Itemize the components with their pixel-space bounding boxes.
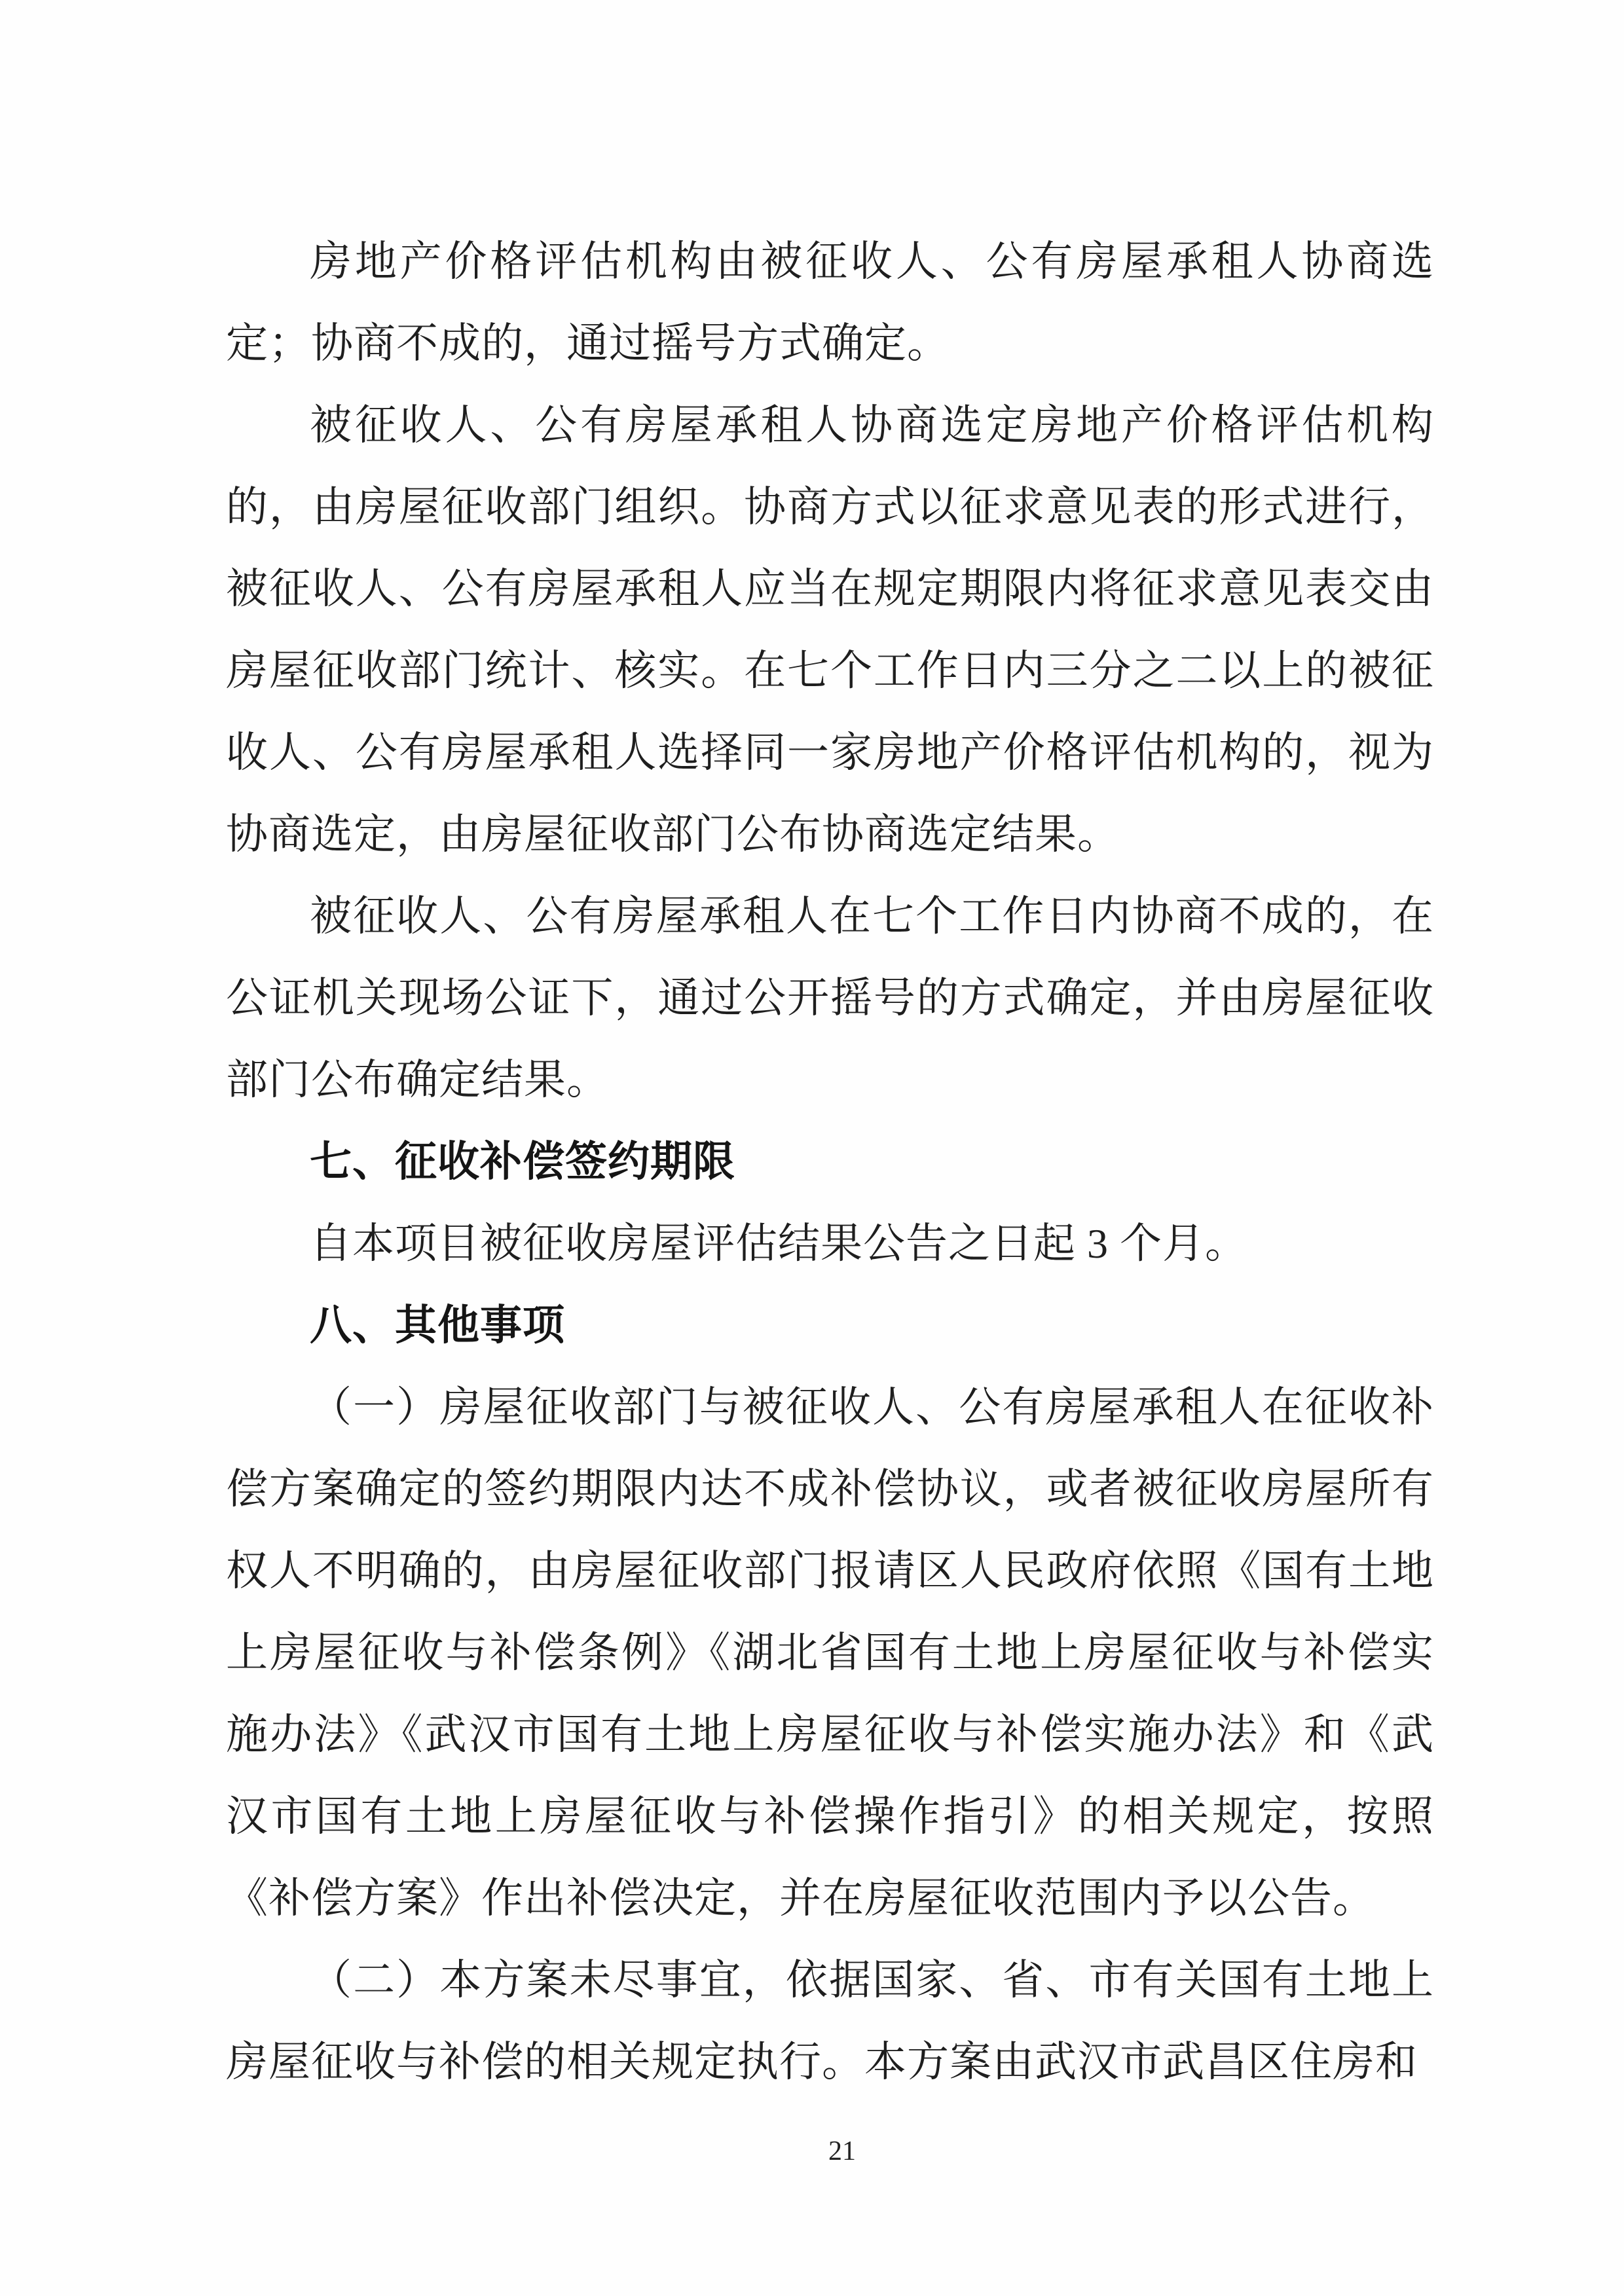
section-8-heading: 八、其他事项	[226, 1285, 1434, 1366]
paragraph-negotiated-selection-procedure: 被征收人、公有房屋承租人协商选定房地产价格评估机构的，由房屋征收部门组织。协商方…	[226, 384, 1434, 875]
paragraph-signing-period: 自本项目被征收房屋评估结果公告之日起 3 个月。	[226, 1203, 1434, 1285]
paragraph-appraiser-selection: 房地产价格评估机构由被征收人、公有房屋承租人协商选定；协商不成的，通过摇号方式确…	[226, 221, 1434, 384]
document-page: 房地产价格评估机构由被征收人、公有房屋承租人协商选定；协商不成的，通过摇号方式确…	[0, 0, 1624, 2296]
paragraph-other-item-1: （一）房屋征收部门与被征收人、公有房屋承租人在征收补偿方案确定的签约期限内达不成…	[226, 1366, 1434, 1939]
section-7-heading: 七、征收补偿签约期限	[226, 1121, 1434, 1203]
page-number: 21	[828, 2136, 856, 2167]
paragraph-lottery-determination: 被征收人、公有房屋承租人在七个工作日内协商不成的，在公证机关现场公证下，通过公开…	[226, 875, 1434, 1121]
document-body: 房地产价格评估机构由被征收人、公有房屋承租人协商选定；协商不成的，通过摇号方式确…	[226, 221, 1434, 2103]
page-footer: 21	[0, 2136, 1624, 2167]
paragraph-other-item-2: （二）本方案未尽事宜，依据国家、省、市有关国有土地上房屋征收与补偿的相关规定执行…	[226, 1939, 1434, 2103]
